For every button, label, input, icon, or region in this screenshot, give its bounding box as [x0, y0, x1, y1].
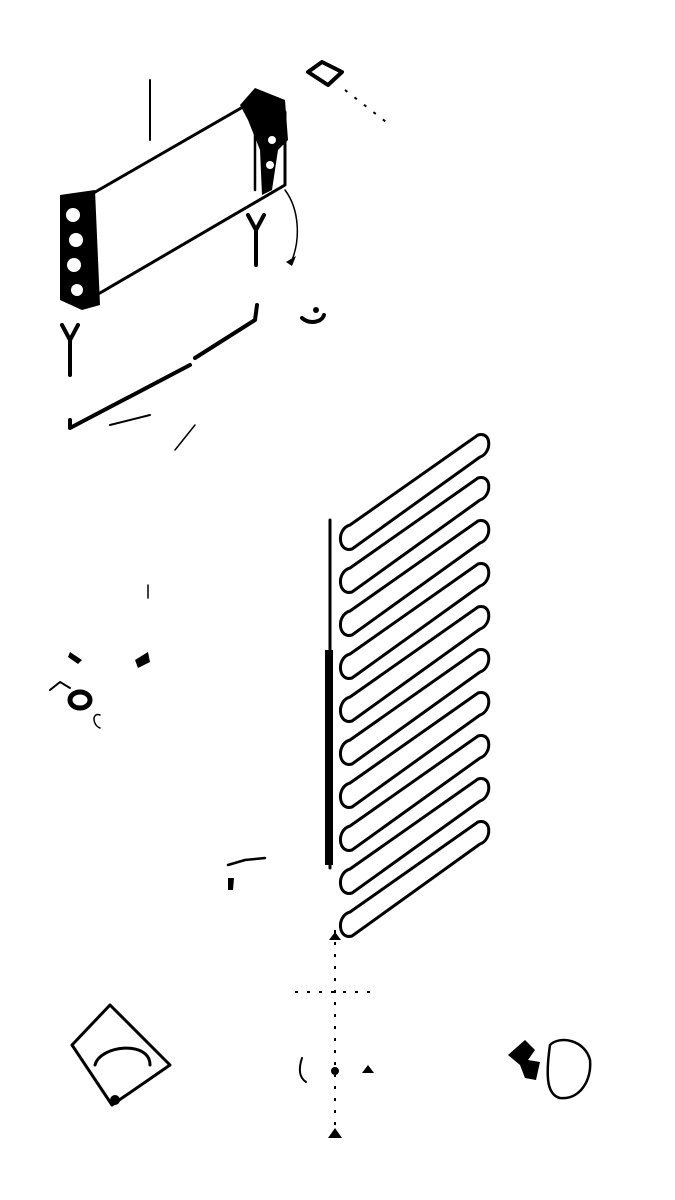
exploded-parts-diagram	[0, 0, 675, 1200]
coil-loop	[340, 521, 488, 636]
coil-loop	[340, 650, 488, 765]
bolt-assembly	[295, 930, 375, 1145]
evaporator	[60, 80, 288, 310]
coil-loop	[340, 822, 488, 937]
condenser-coil	[325, 435, 489, 937]
coil-loop	[340, 478, 488, 593]
grommet-parts	[50, 585, 150, 728]
tube-fitting	[228, 858, 265, 890]
diagram-canvas	[0, 0, 675, 1200]
coil-loop	[340, 564, 488, 679]
coil-loop	[340, 607, 488, 722]
coil-loop	[340, 693, 488, 808]
coil-loop	[340, 779, 488, 894]
coil-loop	[340, 736, 488, 851]
fastener-small	[302, 307, 324, 322]
base-plate	[72, 1005, 170, 1105]
compressor-relay	[508, 1040, 590, 1098]
clip-top-right	[308, 62, 390, 125]
coil-loop	[340, 435, 488, 550]
mounting-brackets	[62, 190, 297, 450]
